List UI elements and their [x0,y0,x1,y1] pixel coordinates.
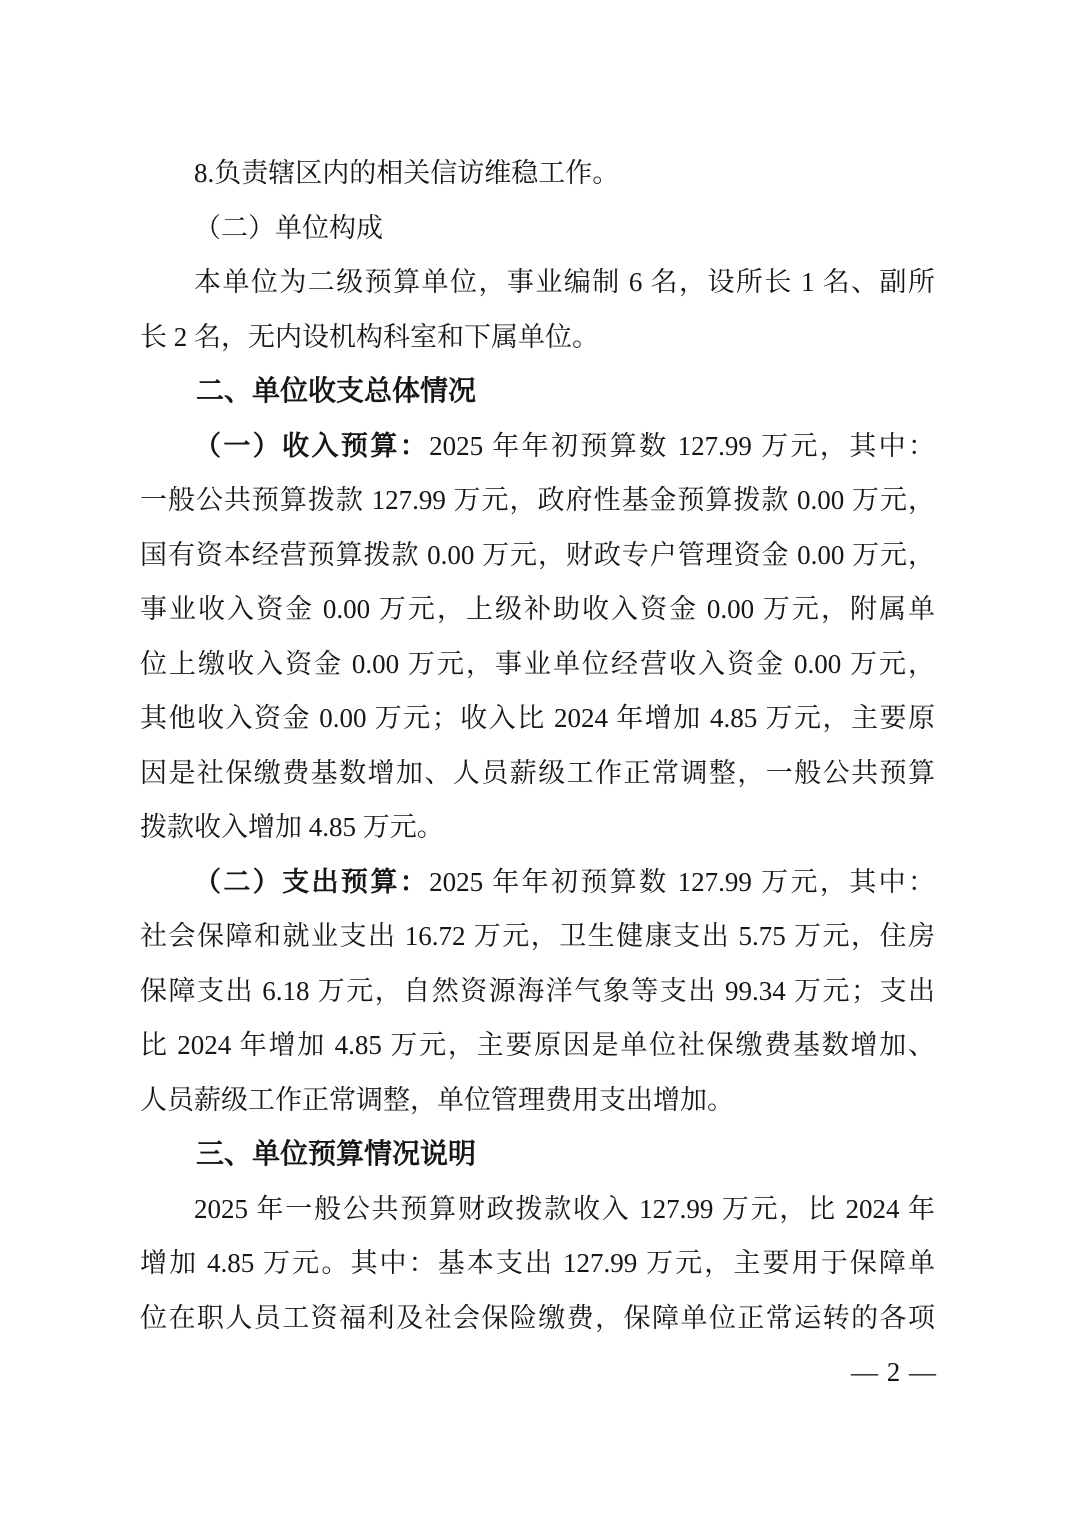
paragraph-line: 本单位为二级预算单位，事业编制 6 名，设所长 1 名、副所 [140,255,935,310]
subsection-title-unit-composition: （二）单位构成 [140,201,935,256]
heading-section-2: 二、单位收支总体情况 [140,364,935,419]
paragraph-line: 人员薪级工作正常调整，单位管理费用支出增加。 [140,1073,935,1128]
paragraph-line: 因是社保缴费基数增加、人员薪级工作正常调整，一般公共预算 [140,746,935,801]
paragraph-line: 保障支出 6.18 万元，自然资源海洋气象等支出 99.34 万元；支出 [140,964,935,1019]
paragraph-line: （二）支出预算：2025 年年初预算数 127.99 万元，其中： [140,855,935,910]
paragraph-line: 社会保障和就业支出 16.72 万元，卫生健康支出 5.75 万元，住房 [140,909,935,964]
page-number: — 2 — [851,1352,937,1392]
paragraph-text: 2025 年年初预算数 127.99 万元，其中： [429,867,935,897]
heading-section-3: 三、单位预算情况说明 [140,1127,935,1182]
paragraph-line: 比 2024 年增加 4.85 万元，主要原因是单位社保缴费基数增加、 [140,1018,935,1073]
paragraph-line: 拨款收入增加 4.85 万元。 [140,800,935,855]
expenditure-budget-label: （二）支出预算： [194,867,429,897]
paragraph-line: 位在职人员工资福利及社会保险缴费，保障单位正常运转的各项 [140,1291,935,1346]
paragraph-line: 其他收入资金 0.00 万元；收入比 2024 年增加 4.85 万元，主要原 [140,691,935,746]
paragraph-line: 增加 4.85 万元。其中：基本支出 127.99 万元，主要用于保障单 [140,1236,935,1291]
paragraph-line: （一）收入预算：2025 年年初预算数 127.99 万元，其中： [140,419,935,474]
document-page: 8.负责辖区内的相关信访维稳工作。 （二）单位构成 本单位为二级预算单位，事业编… [0,0,1074,1520]
income-budget-label: （一）收入预算： [194,431,429,461]
paragraph-line: 国有资本经营预算拨款 0.00 万元，财政专户管理资金 0.00 万元， [140,528,935,583]
paragraph-line: 2025 年一般公共预算财政拨款收入 127.99 万元，比 2024 年 [140,1182,935,1237]
paragraph-line: 事业收入资金 0.00 万元，上级补助收入资金 0.00 万元，附属单 [140,582,935,637]
paragraph-text: 2025 年年初预算数 127.99 万元，其中： [429,431,935,461]
paragraph-line: 位上缴收入资金 0.00 万元，事业单位经营收入资金 0.00 万元， [140,637,935,692]
document-body: 8.负责辖区内的相关信访维稳工作。 （二）单位构成 本单位为二级预算单位，事业编… [140,146,935,1345]
paragraph-line: 一般公共预算拨款 127.99 万元，政府性基金预算拨款 0.00 万元， [140,473,935,528]
paragraph-line: 长 2 名，无内设机构科室和下属单位。 [140,310,935,365]
paragraph-line: 8.负责辖区内的相关信访维稳工作。 [140,146,935,201]
